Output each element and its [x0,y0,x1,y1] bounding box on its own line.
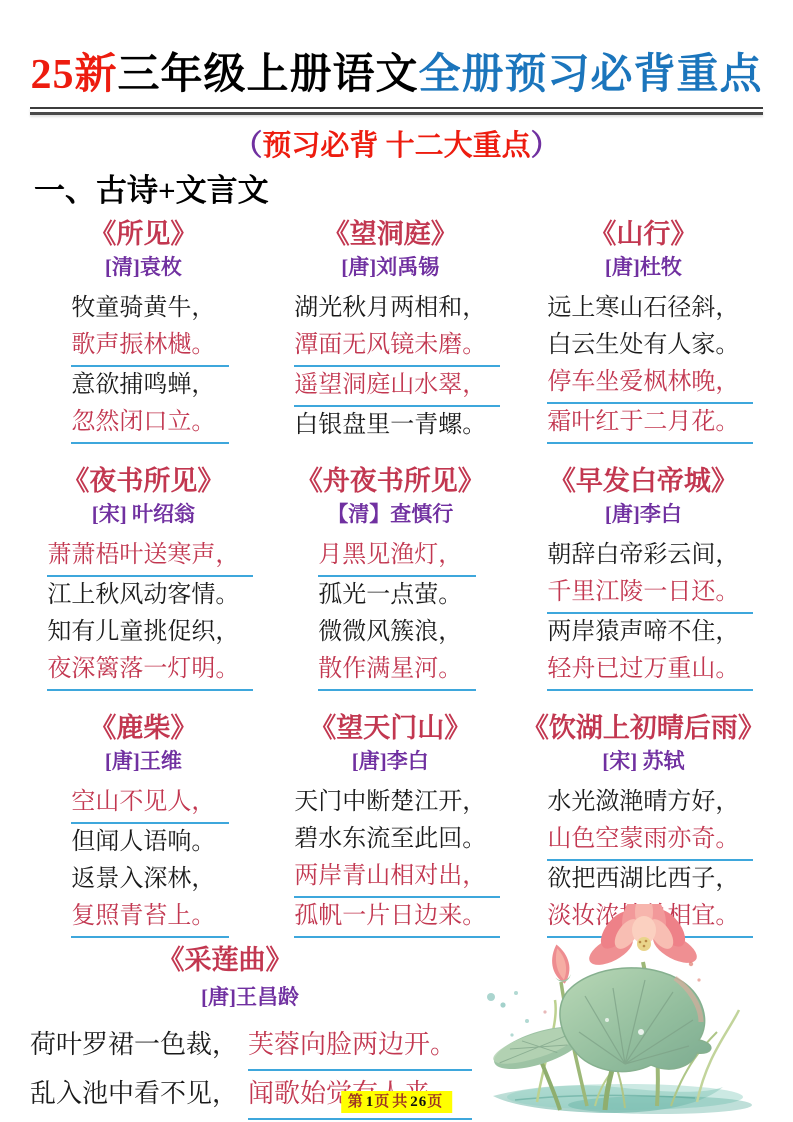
document-page: 25新三年级上册语文全册预习必背重点 （预习必背 十二大重点） 一、古诗+文言文… [0,0,793,1122]
poem-line: 朝辞白帝彩云间， [512,537,775,574]
poem-card-suojian: 《所见》 [清]袁枚 牧童骑黄牛， 歌声振林樾。 意欲捕鸣蝉， 忽然闭口立。 [18,212,269,444]
poem-card-luchai: 《鹿柴》 [唐]王维 空山不见人， 但闻人语响。 返景入深林， 复照青苔上。 [18,706,269,938]
poem-line: 白云生处有人家。 [512,327,775,364]
poem-author: [唐]杜牧 [512,254,775,280]
poem-line: 两岸青山相对出， [269,858,512,898]
poem-line: 停车坐爱枫林晚， [512,364,775,404]
poem-title: 《望天门山》 [269,712,512,744]
poem-line: 白银盘里一青螺。 [269,407,512,444]
poem-line: 两岸猿声啼不住， [512,614,775,651]
poem-title: 《所见》 [18,218,269,250]
poem-line: 歌声振林樾。 [18,327,269,367]
section-heading: 一、古诗+文言文 [34,172,793,210]
poem-line: 江上秋风动客情。 [18,577,269,614]
poem-line: 意欲捕鸣蝉， [18,367,269,404]
poem-author: [宋] 苏轼 [512,748,775,774]
poem-card-zaofabaidicheng: 《早发白帝城》 [唐]李白 朝辞白帝彩云间， 千里江陵一日还。 两岸猿声啼不住，… [512,459,775,691]
poem-line: 返景入深林， [18,861,269,898]
poem-title: 《早发白帝城》 [512,465,775,497]
subtitle: （预习必背 十二大重点） [0,128,793,164]
footer-label: 第 [348,1094,366,1110]
page-number-footer: 第1页共26页 [341,1091,453,1113]
lotus-illustration [475,904,791,1122]
page-title: 25新三年级上册语文全册预习必背重点 [0,0,793,100]
poem-line: 散作满星河。 [269,651,512,691]
footer-label: 共 [392,1094,410,1110]
poem-author: [唐]王维 [18,748,269,774]
title-divider [30,107,763,115]
poem-title: 《采莲曲》 [30,944,420,976]
poem-line: 潭面无风镜未磨。 [269,327,512,367]
poem-line: 山色空蒙雨亦奇。 [512,821,775,861]
poem-card-shanxing: 《山行》 [唐]杜牧 远上寒山石径斜， 白云生处有人家。 停车坐爱枫林晚， 霜叶… [512,212,775,444]
poem-card-yeshusuojian: 《夜书所见》 [宋] 叶绍翁 萧萧梧叶送寒声， 江上秋风动客情。 知有儿童挑促织… [18,459,269,691]
poem-line: 欲把西湖比西子， [512,861,775,898]
poem-line: 牧童骑黄牛， [18,290,269,327]
poem-title: 《鹿柴》 [18,712,269,744]
poem-author: 【清】查慎行 [269,501,512,527]
poem-line: 忽然闭口立。 [18,404,269,444]
footer-label: 页 [427,1094,445,1110]
poem-line: 千里江陵一日还。 [512,574,775,614]
poem-author: [唐]王昌龄 [30,984,470,1010]
poem-line: 荷叶罗裙一色裁，芙蓉向脸两边开。 [30,1022,480,1071]
poem-line: 萧萧梧叶送寒声， [18,537,269,577]
poem-line: 轻舟已过万重山。 [512,651,775,691]
poem-card-zhouyeshusuojian: 《舟夜书所见》 【清】查慎行 月黑见渔灯， 孤光一点萤。 微微风簇浪， 散作满星… [269,459,512,691]
poem-line: 天门中断楚江开， [269,784,512,821]
poem-line: 微微风簇浪， [269,614,512,651]
subtitle-close-paren: ） [531,130,560,162]
subtitle-open-paren: （ [233,130,262,162]
poem-title: 《山行》 [512,218,775,250]
poem-title: 《饮湖上初晴后雨》 [512,712,775,744]
poem-card-wangdongting: 《望洞庭》 [唐]刘禹锡 湖光秋月两相和， 潭面无风镜未磨。 遥望洞庭山水翠， … [269,212,512,444]
poem-author: [唐]李白 [512,501,775,527]
subtitle-text: 预习必背 十二大重点 [262,130,530,162]
title-part-blue: 全册预习必背重点 [419,52,763,98]
poem-line: 遥望洞庭山水翠， [269,367,512,407]
poem-author: [唐]刘禹锡 [269,254,512,280]
poem-author: [清]袁枚 [18,254,269,280]
title-part-red: 25新 [30,52,117,98]
poem-line: 孤光一点萤。 [269,577,512,614]
poem-line: 水光潋滟晴方好， [512,784,775,821]
poem-line: 但闻人语响。 [18,824,269,861]
poem-author: [唐]李白 [269,748,512,774]
poem-line: 远上寒山石径斜， [512,290,775,327]
poem-line: 月黑见渔灯， [269,537,512,577]
poem-line: 霜叶红于二月花。 [512,404,775,444]
poem-title: 《夜书所见》 [18,465,269,497]
footer-page-number: 1 [366,1094,375,1110]
footer-total-pages: 26 [410,1094,427,1110]
poem-line: 夜深篱落一灯明。 [18,651,269,691]
title-part-black: 三年级上册语文 [117,52,418,98]
poem-line: 碧水东流至此回。 [269,821,512,858]
poem-line: 复照青苔上。 [18,898,269,938]
poem-grid: 《所见》 [清]袁枚 牧童骑黄牛， 歌声振林樾。 意欲捕鸣蝉， 忽然闭口立。 《… [18,212,775,938]
poem-title: 《望洞庭》 [269,218,512,250]
footer-label: 页 [374,1094,392,1110]
poem-line: 空山不见人， [18,784,269,824]
poem-title: 《舟夜书所见》 [269,465,512,497]
poem-author: [宋] 叶绍翁 [18,501,269,527]
poem-line: 湖光秋月两相和， [269,290,512,327]
poem-line: 知有儿童挑促织， [18,614,269,651]
